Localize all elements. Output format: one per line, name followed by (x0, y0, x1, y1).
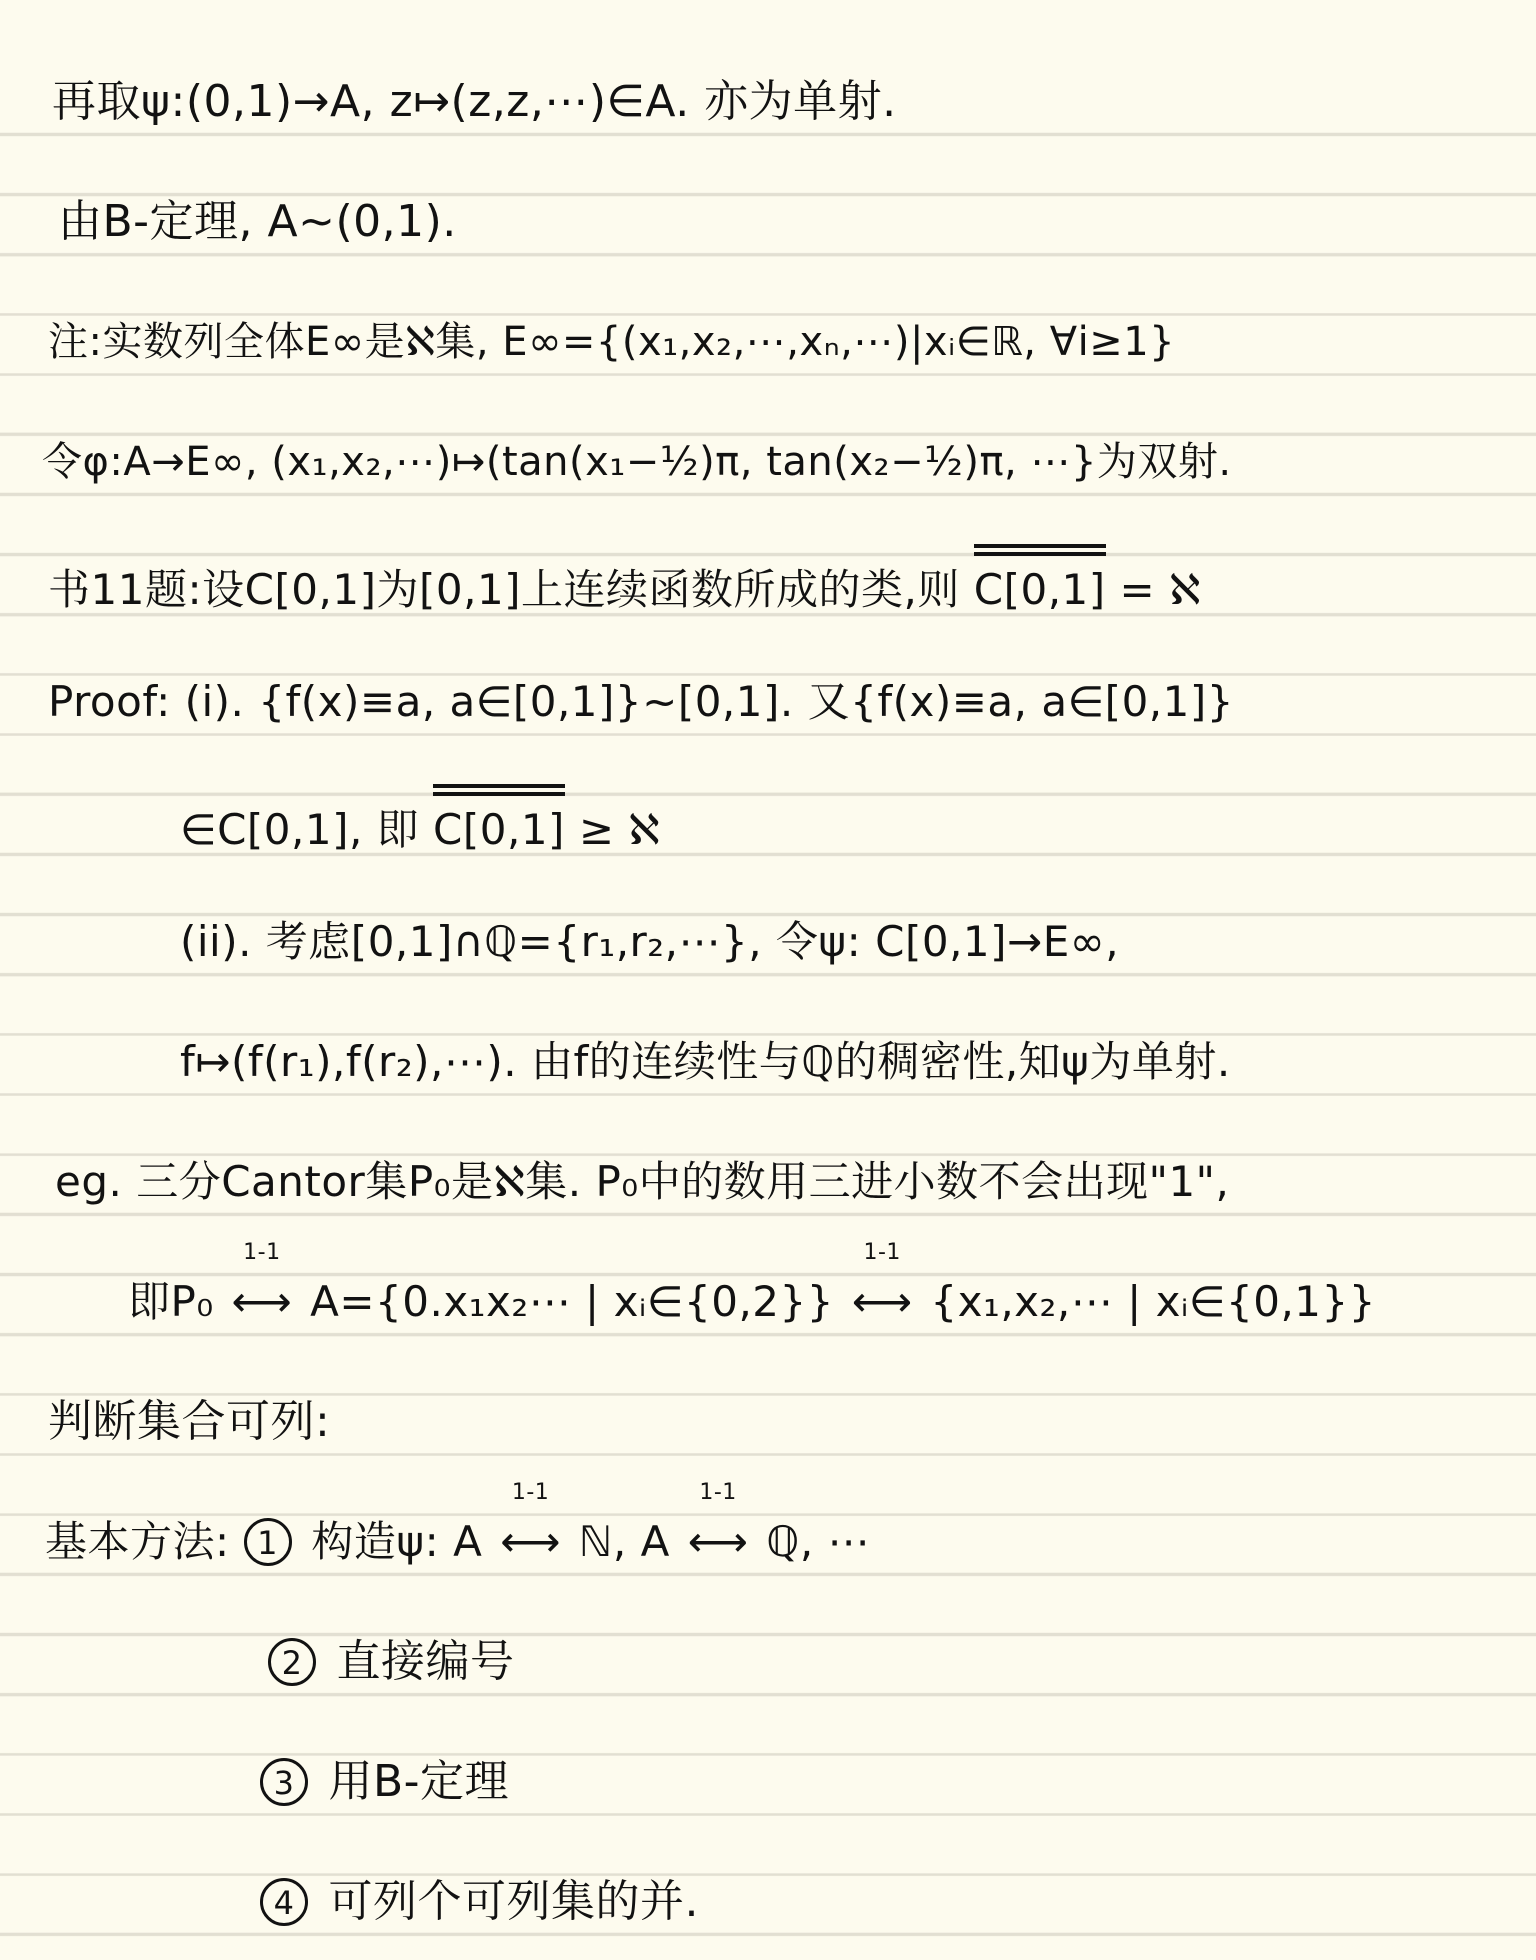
note-text: ℚ, ⋯ (766, 1517, 870, 1566)
section-heading: 判断集合可列: (48, 1396, 330, 1447)
note-text: C[0,1] (974, 565, 1106, 614)
bijection-arrow: 1-1 ⟷ (232, 1272, 293, 1332)
lined-note-page: 再取ψ:(0,1)→A, z↦(z,z,⋯)∈A. 亦为单射. 由B-定理, A… (0, 0, 1536, 1960)
note-text: A={0.x₁x₂⋯ | xᵢ∈{0,2}} (310, 1277, 834, 1326)
bijection-label: 1-1 (688, 1482, 749, 1504)
note-line-3: 注:实数列全体E∞是ℵ集, E∞={(x₁,x₂,⋯,xₙ,⋯)|xᵢ∈ℝ, ∀… (48, 312, 1175, 372)
bijection-arrow: 1-1 ⟷ (500, 1512, 561, 1572)
note-line-12: 判断集合可列: (48, 1392, 330, 1452)
bijection-arrow: 1-1 ⟷ (852, 1272, 913, 1332)
double-arrow-icon: ⟷ (232, 1277, 293, 1326)
note-line-5: 书11题:设C[0,1]为[0,1]上连续函数所成的类,则 C[0,1] = ℵ (48, 552, 1201, 612)
note-line-2: 由B-定理, A~(0,1). (58, 192, 457, 252)
note-text: 由B-定理, A~(0,1). (58, 196, 457, 247)
note-line-15: 3 用B-定理 (260, 1752, 509, 1812)
note-line-11: 即P₀ 1-1 ⟷ A={0.x₁x₂⋯ | xᵢ∈{0,2}} 1-1 ⟷ {… (128, 1272, 1376, 1332)
note-text: f↦(f(r₁),f(r₂),⋯). 由f的连续性与ℚ的稠密性,知ψ为单射. (180, 1037, 1231, 1086)
note-text: ℕ, A (579, 1517, 670, 1566)
circled-number-4: 4 (260, 1878, 308, 1926)
circled-number-3: 3 (260, 1758, 308, 1806)
double-arrow-icon: ⟷ (688, 1517, 749, 1566)
note-line-1: 再取ψ:(0,1)→A, z↦(z,z,⋯)∈A. 亦为单射. (52, 72, 897, 132)
note-text: 构造ψ: A (311, 1517, 482, 1566)
note-text: 基本方法: (45, 1517, 230, 1566)
note-line-14: 2 直接编号 (268, 1632, 515, 1692)
note-text: 用B-定理 (329, 1756, 510, 1807)
note-line-6: Proof: (i). {f(x)≡a, a∈[0,1]}~[0,1]. 又{f… (48, 672, 1234, 732)
cardinality-overline: C[0,1] (974, 552, 1106, 620)
note-text: 可列个可列集的并. (329, 1876, 700, 1927)
bijection-arrow: 1-1 ⟷ (688, 1512, 749, 1572)
note-text: C[0,1] (433, 805, 565, 854)
note-line-13: 基本方法: 1 构造ψ: A 1-1 ⟷ ℕ, A 1-1 ⟷ ℚ, ⋯ (45, 1512, 870, 1572)
note-text: 直接编号 (337, 1636, 515, 1687)
note-text: 即P₀ (128, 1277, 214, 1326)
note-text: Proof: (i). {f(x)≡a, a∈[0,1]}~[0,1]. 又{f… (48, 677, 1234, 726)
circled-number-1: 1 (244, 1518, 292, 1566)
note-text: 再取ψ:(0,1)→A, z↦(z,z,⋯)∈A. 亦为单射. (52, 76, 897, 127)
double-arrow-icon: ⟷ (500, 1517, 561, 1566)
bijection-label: 1-1 (852, 1242, 913, 1264)
note-text: ∈C[0,1], 即 (180, 805, 419, 854)
note-text: eg. 三分Cantor集P₀是ℵ集. P₀中的数用三进小数不会出现"1", (55, 1157, 1229, 1206)
note-line-4: 令φ:A→E∞, (x₁,x₂,⋯)↦(tan(x₁−½)π, tan(x₂−½… (42, 432, 1232, 492)
note-text: 令φ:A→E∞, (x₁,x₂,⋯)↦(tan(x₁−½)π, tan(x₂−½… (42, 439, 1232, 485)
note-line-10: eg. 三分Cantor集P₀是ℵ集. P₀中的数用三进小数不会出现"1", (55, 1152, 1229, 1212)
note-line-8: (ii). 考虑[0,1]∩ℚ={r₁,r₂,⋯}, 令ψ: C[0,1]→E∞… (180, 912, 1119, 972)
note-text: ≥ ℵ (579, 805, 660, 854)
note-text: = ℵ (1120, 565, 1201, 614)
note-line-7: ∈C[0,1], 即 C[0,1] ≥ ℵ (180, 792, 660, 852)
bijection-label: 1-1 (500, 1482, 561, 1504)
note-line-16: 4 可列个可列集的并. (260, 1872, 699, 1932)
note-text: 书11题:设C[0,1]为[0,1]上连续函数所成的类,则 (48, 565, 960, 614)
note-text: 注:实数列全体E∞是ℵ集, E∞={(x₁,x₂,⋯,xₙ,⋯)|xᵢ∈ℝ, ∀… (48, 319, 1175, 365)
note-line-9: f↦(f(r₁),f(r₂),⋯). 由f的连续性与ℚ的稠密性,知ψ为单射. (180, 1032, 1231, 1092)
bijection-label: 1-1 (232, 1242, 293, 1264)
double-arrow-icon: ⟷ (852, 1277, 913, 1326)
note-text: {x₁,x₂,⋯ | xᵢ∈{0,1}} (930, 1277, 1376, 1326)
note-text: (ii). 考虑[0,1]∩ℚ={r₁,r₂,⋯}, 令ψ: C[0,1]→E∞… (180, 917, 1119, 966)
circled-number-2: 2 (268, 1638, 316, 1686)
cardinality-overline: C[0,1] (433, 792, 565, 860)
